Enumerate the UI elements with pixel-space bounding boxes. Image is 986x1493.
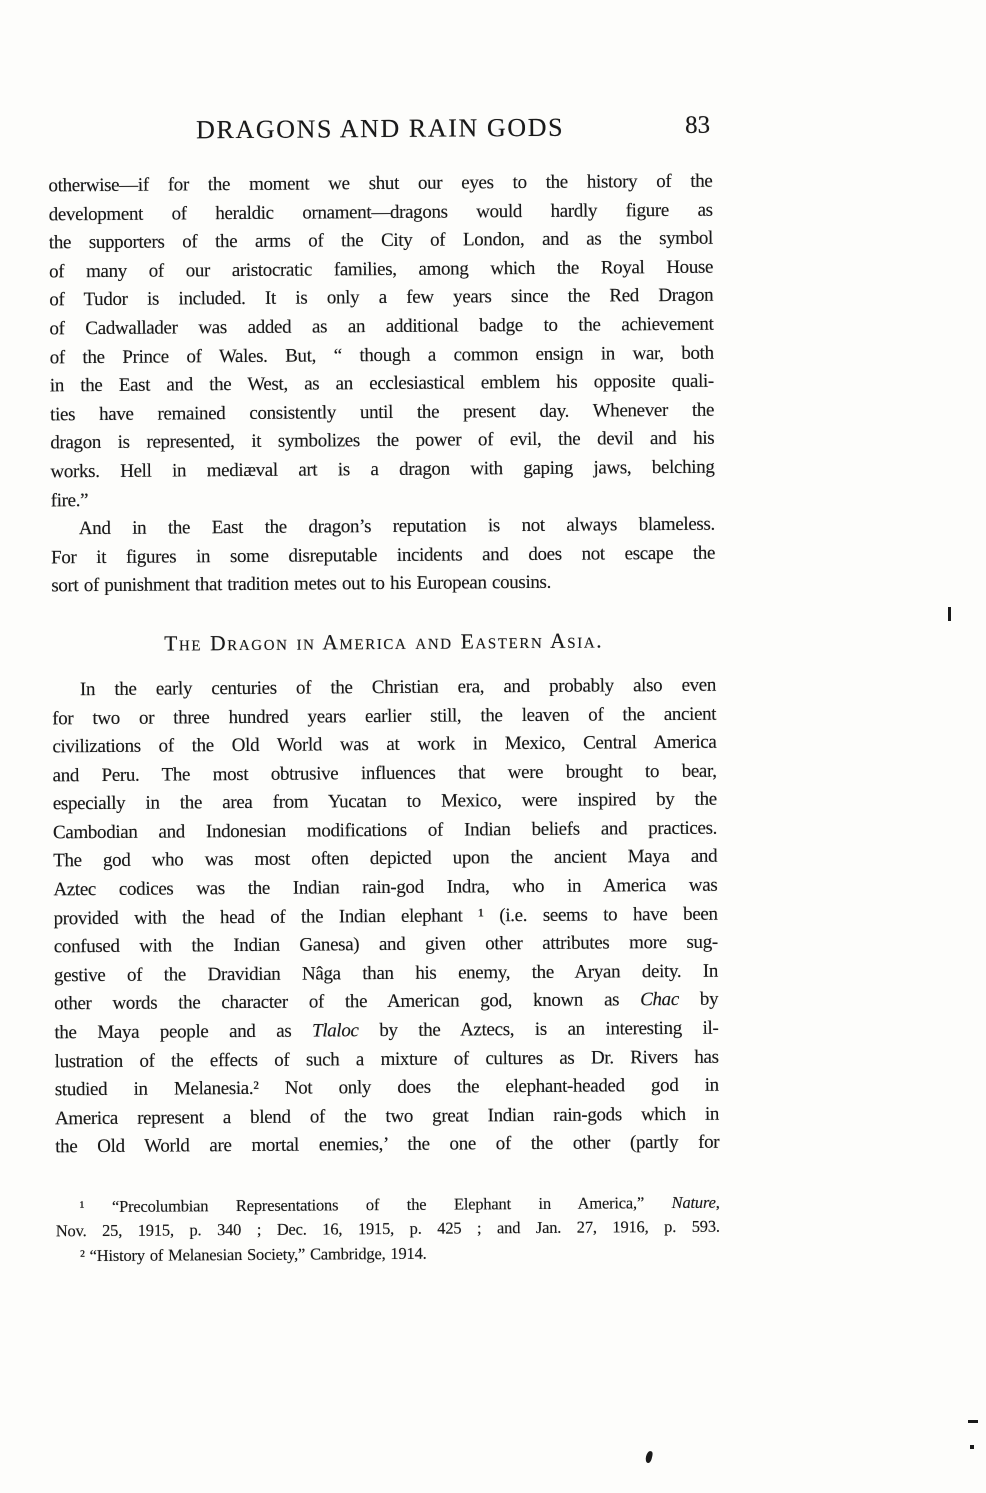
text-line: sort of punishment that tradition metes … (51, 568, 715, 601)
text-line: The god who was most often depicted upon… (53, 843, 717, 876)
italic-term-chac: Chac (640, 989, 679, 1010)
footnotes: ¹ “Precolumbian Representations of the E… (56, 1191, 720, 1269)
text-line: for two or three hundred years earlier s… (52, 700, 716, 733)
paragraph-3: In the early centuries of the Christian … (52, 672, 719, 1163)
text-line: the supporters of the arms of the City o… (49, 225, 713, 258)
page-header-title: DRAGONS AND RAIN GODS (196, 113, 564, 145)
text-line: Aztec codices was the Indian rain-god In… (53, 872, 717, 905)
text-line: And in the East the dragon’s reputation … (51, 511, 715, 544)
text-line: In the early centuries of the Christian … (52, 672, 716, 705)
text-line: fire.” (51, 482, 715, 515)
text-line: Cambodian and Indonesian modifications o… (53, 815, 717, 848)
text-line: gestive of the Dravidian Nâga than his e… (54, 958, 718, 991)
text-line: confused with the Indian Ganesa) and giv… (54, 929, 718, 962)
scan-speck-dash (968, 1420, 978, 1423)
footnote-line: Nov. 25, 1915, p. 340 ; Dec. 16, 1915, p… (56, 1215, 720, 1244)
text-line: of Tudor is included. It is only a few y… (49, 282, 713, 315)
text-line: of the Prince of Wales. But, “ though a … (50, 339, 714, 372)
text-line: other words the character of the America… (54, 986, 718, 1019)
body-text: otherwise—if for the moment we shut our … (48, 168, 720, 1268)
text-line: in the East and the West, as an ecclesia… (50, 368, 714, 401)
italic-term-tlaloc: Tlaloc (312, 1020, 359, 1041)
text-segment: by the Aztecs, is an interesting il- (358, 1018, 718, 1042)
italic-term-nature: Nature (672, 1193, 716, 1212)
text-line: of Cadwallader was added as an additiona… (49, 311, 713, 344)
paragraph-1: otherwise—if for the moment we shut our … (48, 168, 714, 516)
text-segment: other words the character of the America… (54, 990, 640, 1015)
text-line: America represent a blend of the two gre… (55, 1100, 719, 1133)
section-heading: The Dragon in America and Eastern Asia. (52, 625, 716, 660)
text-line: development of heraldic ornament—dragons… (49, 196, 713, 229)
text-segment: the Maya people and as (54, 1021, 312, 1044)
text-line: For it figures in some disreputable inci… (51, 539, 715, 572)
text-line: especially in the area from Yucatan to M… (53, 786, 717, 819)
paragraph-2: And in the East the dragon’s reputation … (51, 511, 716, 601)
scan-speck-vertical-tick (948, 607, 951, 621)
running-header: DRAGONS AND RAIN GODS 83 (48, 112, 712, 147)
text-line: of many of our aristocratic families, am… (49, 253, 713, 286)
text-line: the Old World are mortal enemies,’ the o… (55, 1129, 719, 1162)
text-line: and Peru. The most obtrusive influences … (53, 757, 717, 790)
scan-speck-comma (645, 1450, 654, 1463)
scan-speck-dot (970, 1445, 974, 1449)
text-line: otherwise—if for the moment we shut our … (48, 168, 712, 201)
text-line: civilizations of the Old World was at wo… (52, 729, 716, 762)
text-line: lustration of the effects of such a mixt… (55, 1043, 719, 1076)
book-page: DRAGONS AND RAIN GODS 83 otherwise—if fo… (0, 0, 986, 1493)
text-line: works. Hell in mediæval art is a dragon … (50, 454, 714, 487)
text-line: studied in Melanesia.² Not only does the… (55, 1072, 719, 1105)
text-segment: ¹ “Precolumbian Representations of the E… (80, 1193, 672, 1216)
text-line: ties have remained consistently until th… (50, 396, 714, 429)
text-segment: , (716, 1193, 720, 1212)
footnote-line: ² “History of Melanesian Society,” Cambr… (56, 1239, 720, 1268)
text-block: DRAGONS AND RAIN GODS 83 otherwise—if fo… (48, 112, 720, 1268)
page-number: 83 (685, 112, 710, 140)
text-line: provided with the head of the Indian ele… (54, 900, 718, 933)
text-line: dragon is represented, it symbolizes the… (50, 425, 714, 458)
text-segment: by (679, 989, 718, 1010)
text-line: the Maya people and as Tlaloc by the Azt… (54, 1015, 718, 1048)
